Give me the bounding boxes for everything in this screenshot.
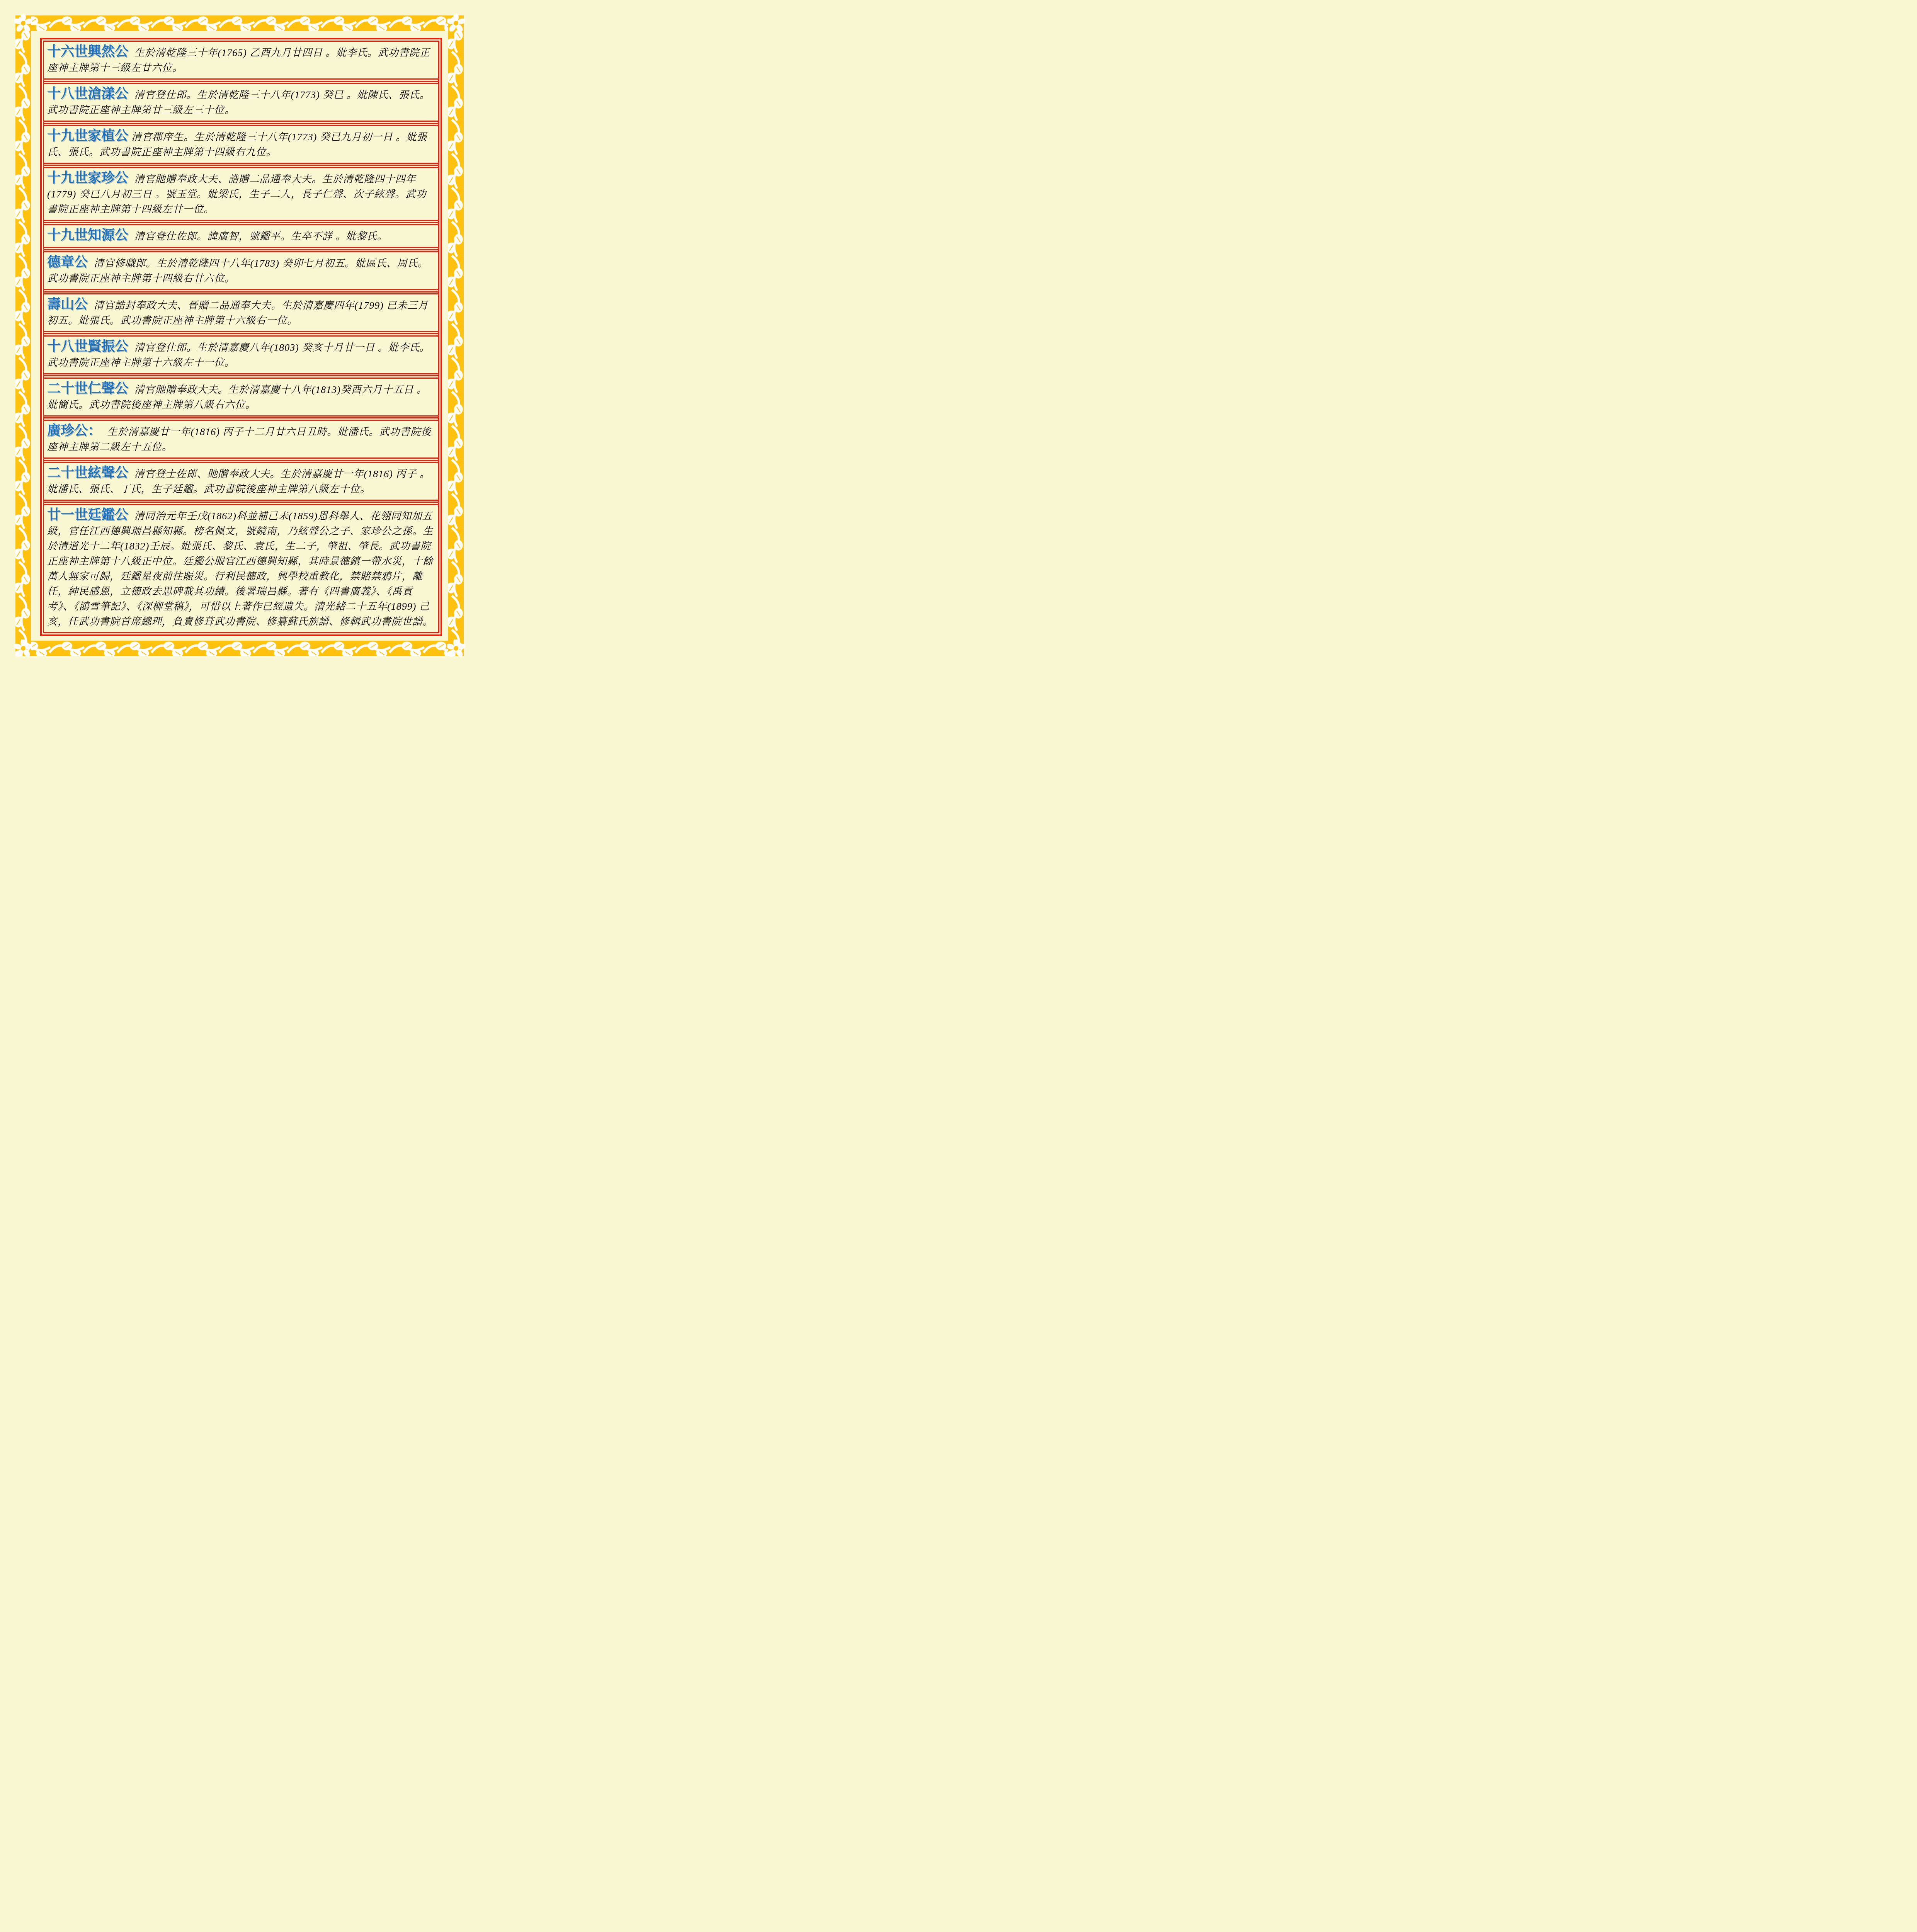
record-paragraph: 十八世賢振公 清官登仕郎。生於清嘉慶八年(1803) 癸亥十月廿一日 。妣李氏。… [47,339,434,370]
section-divider [44,247,438,252]
ancestor-title: 十六世興然公 [47,44,128,59]
ancestor-record: 十八世滄漾公 清官登仕郎。生於清乾隆三十八年(1773) 癸巳 。妣陳氏、張氏。… [44,84,438,121]
vine-leaf-icon [15,15,464,31]
section-divider [44,331,438,337]
section-divider [44,220,438,225]
record-body-text: 清同治元年壬戌(1862)科並補己未(1859)恩科舉人、花翎同知加五級，官任江… [47,510,433,627]
ancestor-record: 十九世知源公 清官登仕佐郎。諱廣智，號鑑平。生卒不詳 。妣黎氏。 [44,225,438,247]
ancestor-title: 廿一世廷鑑公 [47,507,128,522]
ancestor-title: 十九世家珍公 [47,170,128,185]
section-divider [44,289,438,294]
ancestor-title: 廣珍公： [47,423,101,438]
flower-icon [447,639,465,657]
record-paragraph: 廣珍公： 生於清嘉慶廿一年(1816) 丙子十二月廿六日丑時。妣潘氏。武功書院後… [47,423,434,454]
ancestor-record: 廿一世廷鑑公 清同治元年壬戌(1862)科並補己未(1859)恩科舉人、花翎同知… [44,505,438,632]
record-paragraph: 十八世滄漾公 清官登仕郎。生於清乾隆三十八年(1773) 癸巳 。妣陳氏、張氏。… [47,86,434,117]
record-paragraph: 德章公 清官修職郎。生於清乾隆四十八年(1783) 癸卯七月初五。妣區氏、周氏。… [47,255,434,286]
record-paragraph: 二十世絃聲公 清官登士佐郎、貤贈奉政大夫。生於清嘉慶廿一年(1816) 丙子 。… [47,465,434,497]
frame-top-vine [15,15,464,31]
ancestor-record: 二十世絃聲公 清官登士佐郎、貤贈奉政大夫。生於清嘉慶廿一年(1816) 丙子 。… [44,463,438,500]
vine-leaf-icon [15,641,464,656]
record-paragraph: 十六世興然公 生於清乾隆三十年(1765) 乙酉九月廿四日 。妣李氏。武功書院正… [47,44,434,75]
record-paragraph: 二十世仁聲公 清官貤贈奉政大夫。生於清嘉慶十八年(1813)癸酉六月十五日 。妣… [47,381,434,412]
record-body-text: 清官誥封奉政大夫、晉贈二品通奉大夫。生於清嘉慶四年(1799) 已未三月初五。妣… [47,300,428,326]
record-paragraph: 十九世家珍公 清官貤贈奉政大夫、誥贈二品通奉大夫。生於清乾隆四十四年(1779)… [47,170,434,217]
ancestor-record: 十六世興然公 生於清乾隆三十年(1765) 乙酉九月廿四日 。妣李氏。武功書院正… [44,42,438,78]
frame-left-vine [15,15,31,656]
frame-right-vine [448,15,464,656]
section-divider [44,78,438,84]
ancestor-record: 二十世仁聲公 清官貤贈奉政大夫。生於清嘉慶十八年(1813)癸酉六月十五日 。妣… [44,379,438,415]
ancestor-record: 德章公 清官修職郎。生於清乾隆四十八年(1783) 癸卯七月初五。妣區氏、周氏。… [44,252,438,289]
ancestor-title: 壽山公 [47,297,88,312]
ancestor-record: 壽山公 清官誥封奉政大夫、晉贈二品通奉大夫。生於清嘉慶四年(1799) 已未三月… [44,294,438,331]
ancestor-title: 二十世仁聲公 [47,381,128,396]
section-divider [44,415,438,421]
section-divider [44,457,438,463]
ancestor-record: 十九世家植公清官郡庠生。生於清乾隆三十八年(1773) 癸已九月初一日 。妣張氏… [44,126,438,163]
frame-bottom-vine [15,641,464,656]
section-divider [44,163,438,168]
record-paragraph: 壽山公 清官誥封奉政大夫、晉贈二品通奉大夫。生於清嘉慶四年(1799) 已未三月… [47,297,434,328]
flower-icon [447,14,465,32]
genealogy-document: { "page": { "type": "ancestral-genealogy… [0,0,479,678]
record-paragraph: 十九世家植公清官郡庠生。生於清乾隆三十八年(1773) 癸已九月初一日 。妣張氏… [47,128,434,160]
ancestor-title: 十八世賢振公 [47,339,128,354]
ancestor-record: 十八世賢振公 清官登仕郎。生於清嘉慶八年(1803) 癸亥十月廿一日 。妣李氏。… [44,337,438,373]
record-paragraph: 十九世知源公 清官登仕佐郎。諱廣智，號鑑平。生卒不詳 。妣黎氏。 [47,228,434,244]
vine-leaf-icon [15,15,31,656]
vine-leaf-icon [448,15,464,656]
record-body-text: 清官修職郎。生於清乾隆四十八年(1783) 癸卯七月初五。妣區氏、周氏。武功書院… [47,258,428,284]
section-divider [44,373,438,379]
flower-icon [14,14,32,32]
ancestor-record: 十九世家珍公 清官貤贈奉政大夫、誥贈二品通奉大夫。生於清乾隆四十四年(1779)… [44,168,438,220]
ancestor-title: 十九世家植公 [47,128,128,143]
section-divider [44,121,438,126]
section-divider [44,500,438,505]
records-panel: 十六世興然公 生於清乾隆三十年(1765) 乙酉九月廿四日 。妣李氏。武功書院正… [40,38,442,636]
flower-icon [14,639,32,657]
ancestor-title: 二十世絃聲公 [47,465,128,480]
ancestor-title: 十九世知源公 [47,228,128,243]
ancestor-title: 十八世滄漾公 [47,86,128,101]
record-paragraph: 廿一世廷鑑公 清同治元年壬戌(1862)科並補己未(1859)恩科舉人、花翎同知… [47,507,434,629]
records-list: 十六世興然公 生於清乾隆三十年(1765) 乙酉九月廿四日 。妣李氏。武功書院正… [43,41,439,633]
ancestor-record: 廣珍公： 生於清嘉慶廿一年(1816) 丙子十二月廿六日丑時。妣潘氏。武功書院後… [44,421,438,457]
ancestor-title: 德章公 [47,255,88,270]
record-body-text: 生於清嘉慶廿一年(1816) 丙子十二月廿六日丑時。妣潘氏。武功書院後座神主牌第… [47,426,431,452]
record-body-text: 清官登仕佐郎。諱廣智，號鑑平。生卒不詳 。妣黎氏。 [131,231,388,242]
